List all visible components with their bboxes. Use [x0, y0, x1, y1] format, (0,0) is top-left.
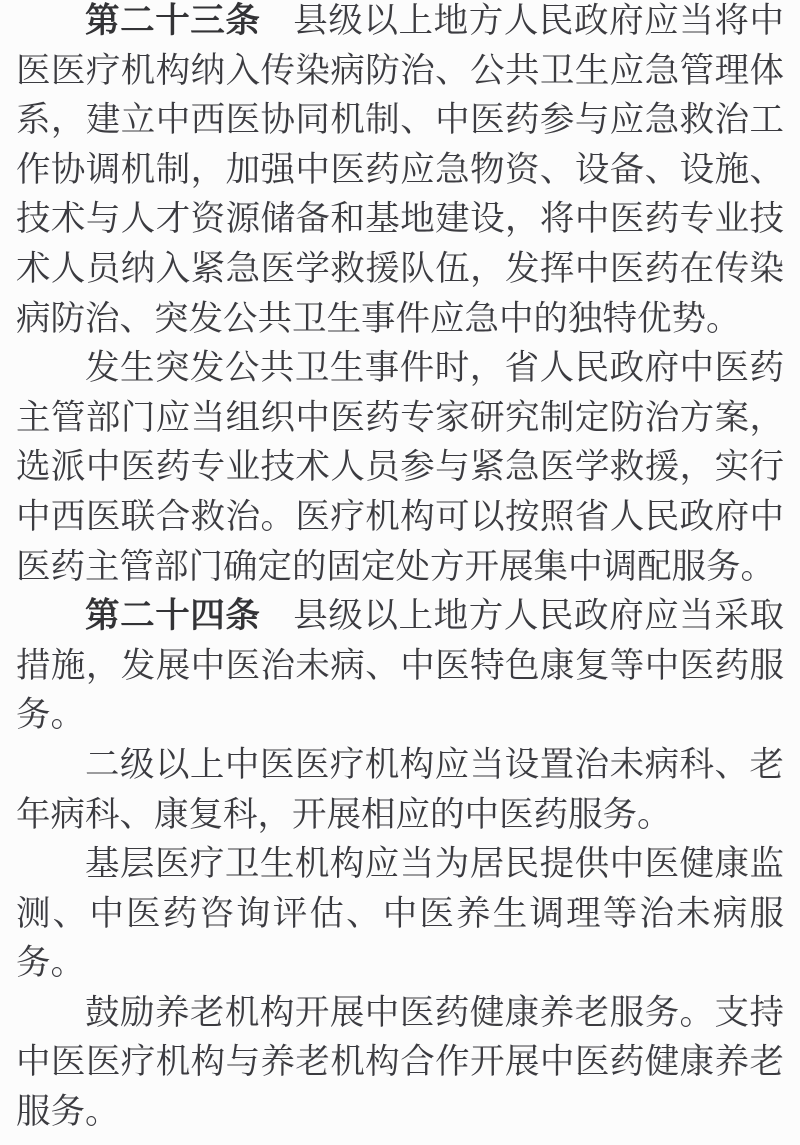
- paragraph-elderly-care: 鼓励养老机构开展中医药健康养老服务。支持中医医疗机构与养老机构合作开展中医药健康…: [16, 989, 784, 1138]
- paragraph-text: 二级以上中医医疗机构应当设置治未病科、老年病科、康复科，开展相应的中医药服务。: [16, 746, 784, 834]
- document-page: 第二十三条县级以上地方人民政府应当将中医医疗机构纳入传染病防治、公共卫生应急管理…: [0, 0, 800, 1142]
- paragraph-emergency-response: 发生突发公共卫生事件时，省人民政府中医药主管部门应当组织中医药专家研究制定防治方…: [16, 344, 784, 592]
- paragraph-article-24: 第二十四条县级以上地方人民政府应当采取措施，发展中医治未病、中医特色康复等中医药…: [16, 592, 784, 741]
- article-24-number: 第二十四条: [85, 597, 260, 635]
- paragraph-tcm-departments: 二级以上中医医疗机构应当设置治未病科、老年病科、康复科，开展相应的中医药服务。: [16, 741, 784, 840]
- article-23-number: 第二十三条: [85, 2, 260, 40]
- paragraph-text: 基层医疗卫生机构应当为居民提供中医健康监测、中医药咨询评估、中医养生调理等治未病…: [16, 845, 784, 982]
- paragraph-text: 发生突发公共卫生事件时，省人民政府中医药主管部门应当组织中医药专家研究制定防治方…: [16, 349, 784, 585]
- paragraph-text: 鼓励养老机构开展中医药健康养老服务。支持中医医疗机构与养老机构合作开展中医药健康…: [16, 994, 784, 1131]
- paragraph-text: 县级以上地方人民政府应当将中医医疗机构纳入传染病防治、公共卫生应急管理体系，建立…: [16, 2, 784, 338]
- paragraph-primary-care: 基层医疗卫生机构应当为居民提供中医健康监测、中医药咨询评估、中医养生调理等治未病…: [16, 840, 784, 989]
- paragraph-article-23: 第二十三条县级以上地方人民政府应当将中医医疗机构纳入传染病防治、公共卫生应急管理…: [16, 0, 784, 344]
